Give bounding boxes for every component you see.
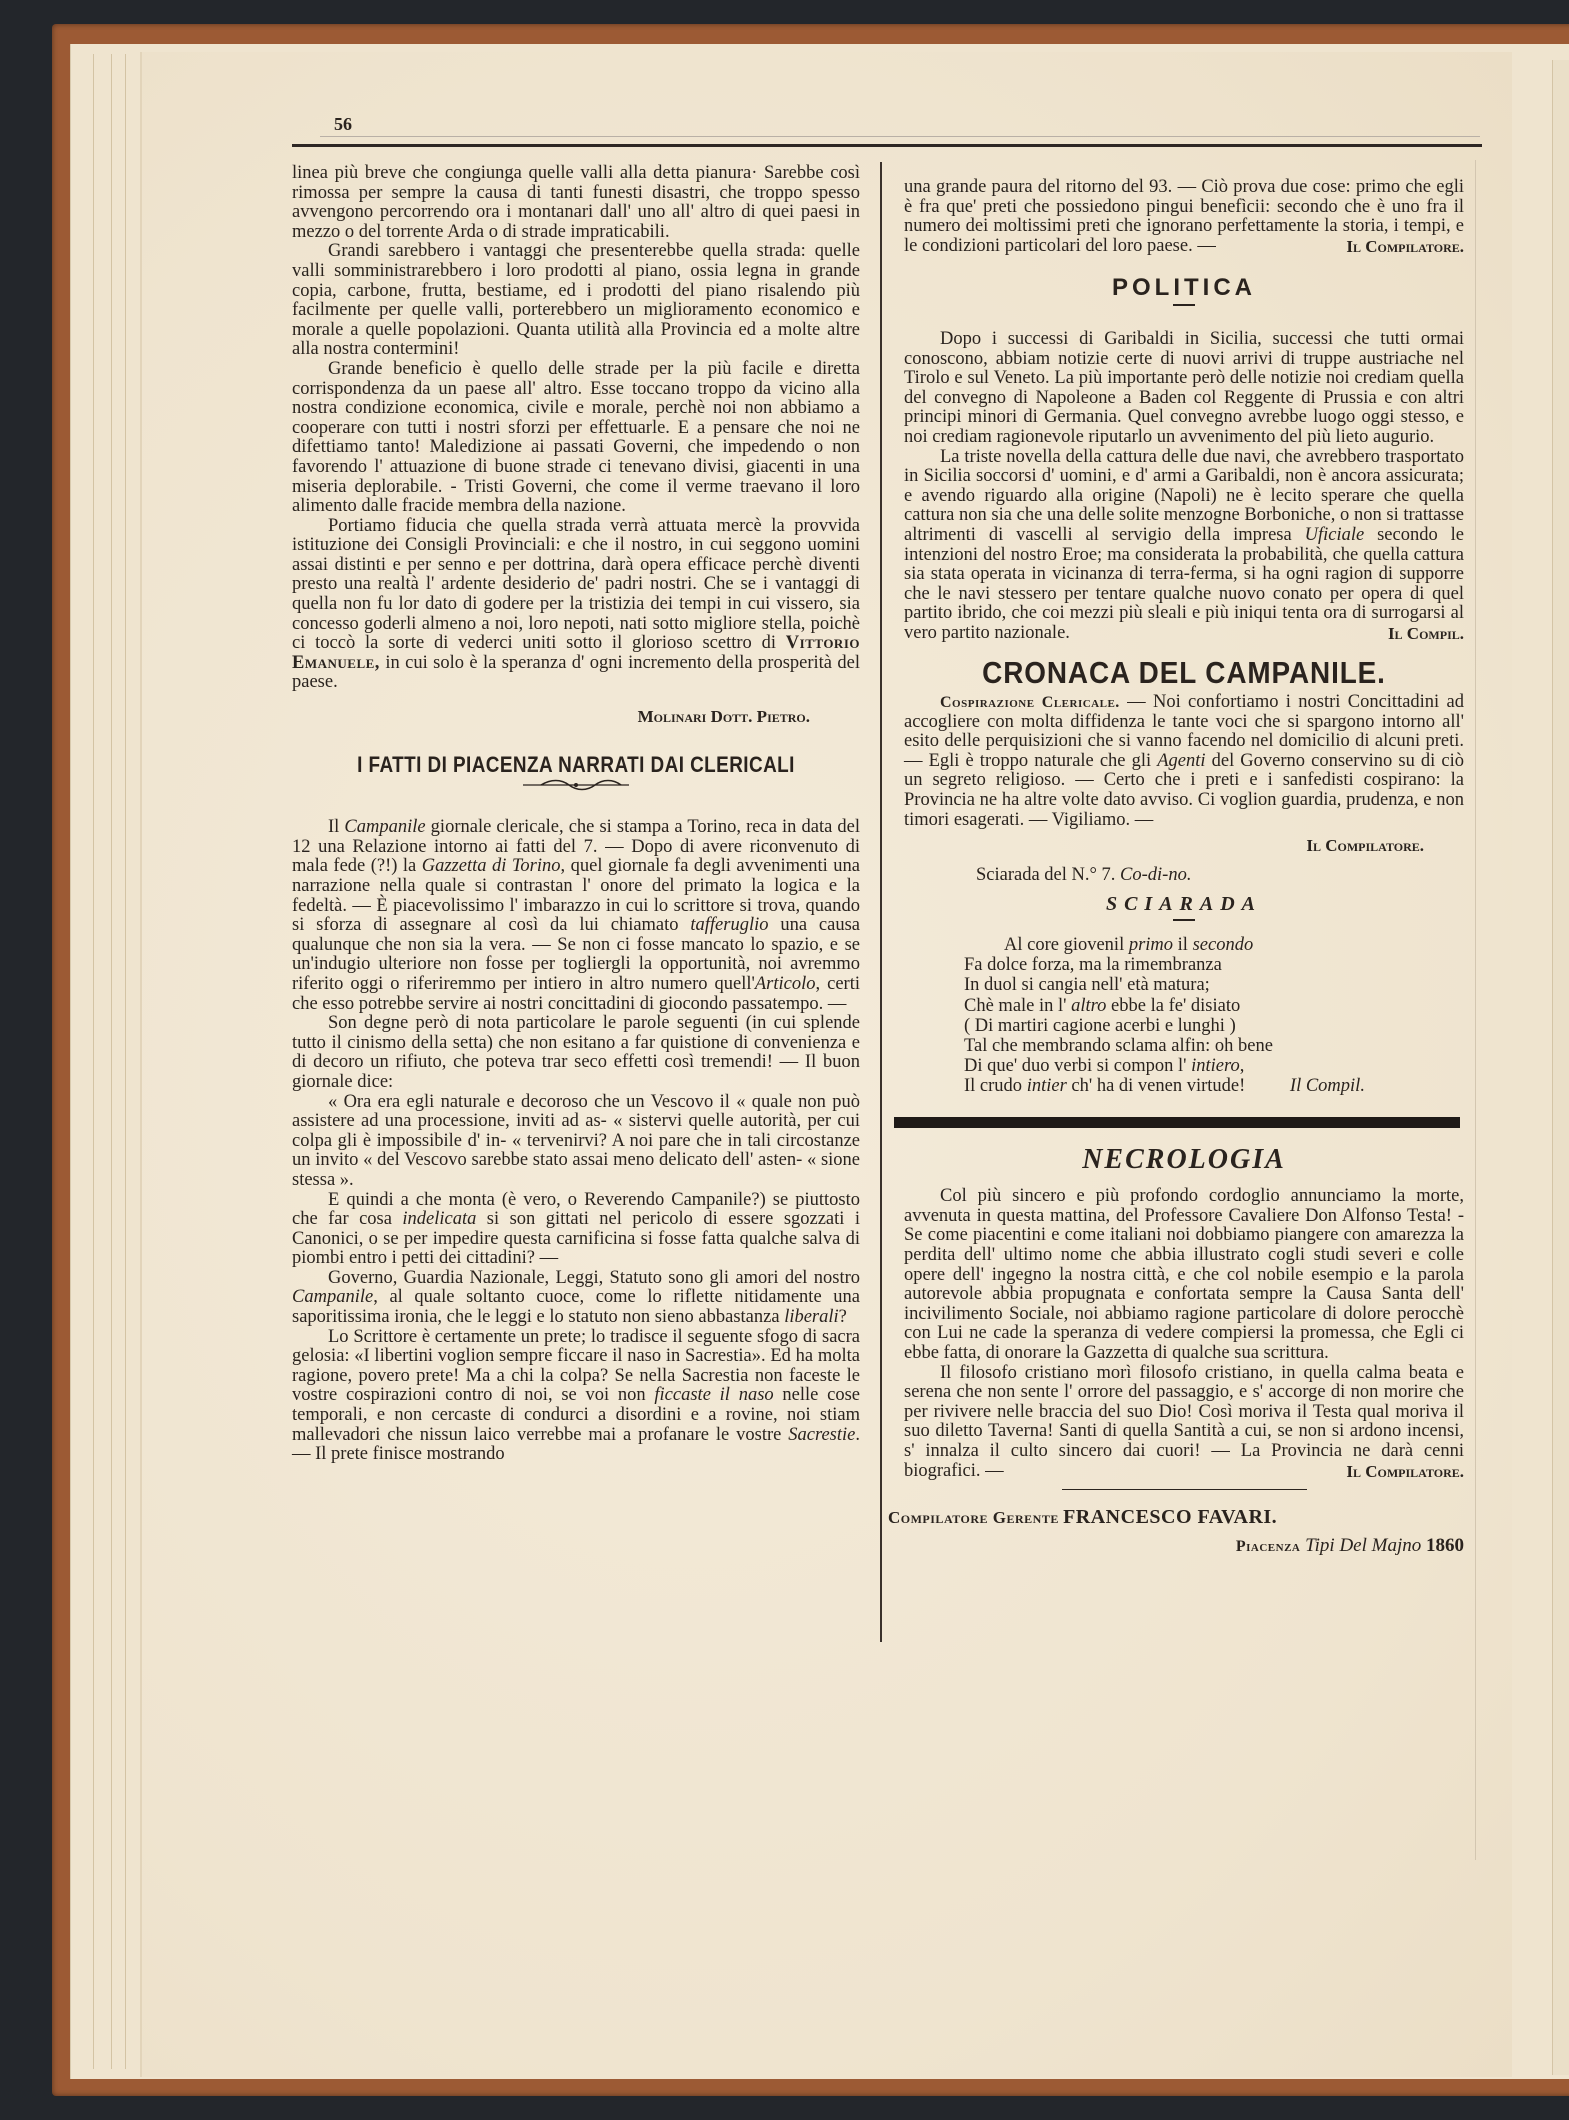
- paragraph: Portiamo fiducia che quella strada verrà…: [292, 517, 860, 693]
- lead-heading: Cospirazione Clericale.: [940, 694, 1120, 711]
- header-rule: [292, 144, 1482, 147]
- short-rule: [1173, 919, 1195, 921]
- left-column: linea più breve che congiunga quelle val…: [292, 164, 860, 1465]
- section-title-necrologia: NECROLOGIA: [904, 1150, 1464, 1170]
- paragraph: Lo Scrittore è certamente un prete; lo t…: [292, 1328, 860, 1465]
- paragraph: Cospirazione Clericale. — Noi confortiam…: [904, 693, 1464, 830]
- page-number: 56: [334, 114, 352, 135]
- section-title-cronaca: CRONACA DEL CAMPANILE.: [932, 663, 1436, 683]
- poem-line: Al core giovenil primo il secondo: [964, 935, 1464, 955]
- paragraph: Grandi sarebbero i vantaggi che presente…: [292, 242, 860, 360]
- poem-line: In duol si cangia nell' età matura;: [964, 975, 1464, 995]
- paragraph: Grande beneficio è quello delle strade p…: [292, 360, 860, 517]
- poem-line: ( Di martiri cagione acerbi e lunghi ): [964, 1016, 1464, 1036]
- paragraph: Governo, Guardia Nazionale, Leggi, Statu…: [292, 1269, 860, 1328]
- poem-line: Chè male in l' altro ebbe la fe' disiato: [964, 996, 1464, 1016]
- section-title-politica: POLITICA: [904, 278, 1464, 298]
- paragraph: una grande paura del ritorno del 93. — C…: [904, 178, 1464, 256]
- sciarada-solution: Sciarada del N.° 7. Co-di-no.: [976, 866, 1464, 886]
- poem-line: Tal che membrando sclama alfin: oh bene: [964, 1036, 1464, 1056]
- poem-line: Fa dolce forza, ma la rimembranza: [964, 955, 1464, 975]
- paragraph: linea più breve che congiunga quelle val…: [292, 164, 860, 242]
- article-title-fatti: I FATTI DI PIACENZA NARRATI DAI CLERICAL…: [332, 755, 820, 775]
- signature-molinari: Molinari Dott. Pietro.: [292, 707, 810, 727]
- quotation: « Ora era egli naturale e decoroso che u…: [292, 1093, 860, 1191]
- signature-compilatore: Il Compilatore.: [1310, 1462, 1464, 1482]
- paragraph: Son degne però di nota particolare le pa…: [292, 1014, 860, 1092]
- header-rule-faint: [320, 136, 1480, 137]
- poem-line: Di que' duo verbi si compon l' intiero,: [964, 1056, 1464, 1076]
- signature-compil: Il Compil.: [1352, 624, 1464, 644]
- poem-line: Il crudo intier ch' ha di venen virtude!…: [964, 1076, 1464, 1096]
- right-margin-line: [1475, 160, 1476, 1860]
- imprint-editor: Compilatore Gerente FRANCESCO FAVARI.: [888, 1508, 1464, 1528]
- paragraph: E quindi a che monta (è vero, o Reverend…: [292, 1191, 860, 1269]
- paragraph: La triste novella della cattura delle du…: [904, 448, 1464, 644]
- signature-compil: Il Compil.: [1290, 1076, 1365, 1096]
- column-divider: [880, 162, 882, 1642]
- paragraph: Col più sincero e più profondo cordoglio…: [904, 1187, 1464, 1363]
- imprint-printer: Piacenza Tipi Del Majno 1860: [904, 1536, 1464, 1557]
- separator-rule: [1062, 1489, 1307, 1490]
- short-rule: [1173, 304, 1195, 306]
- signature-compilatore: Il Compilatore.: [904, 836, 1424, 856]
- ornament-flourish-icon: [521, 778, 631, 792]
- sciarada-poem: Al core giovenil primo il secondo Fa dol…: [964, 935, 1464, 1097]
- paragraph: Dopo i successi di Garibaldi in Sicilia,…: [904, 330, 1464, 448]
- paragraph: Il Campanile giornale clericale, che si …: [292, 818, 860, 1014]
- paragraph: Il filosofo cristiano morì filosofo cris…: [904, 1364, 1464, 1482]
- next-page-edge: [1552, 60, 1569, 2075]
- signature-compilatore: Il Compilatore.: [1346, 237, 1464, 257]
- mourning-rule: [894, 1117, 1460, 1128]
- section-title-sciarada: SCIARADA: [904, 895, 1464, 915]
- right-column: una grande paura del ritorno del 93. — C…: [904, 178, 1464, 1556]
